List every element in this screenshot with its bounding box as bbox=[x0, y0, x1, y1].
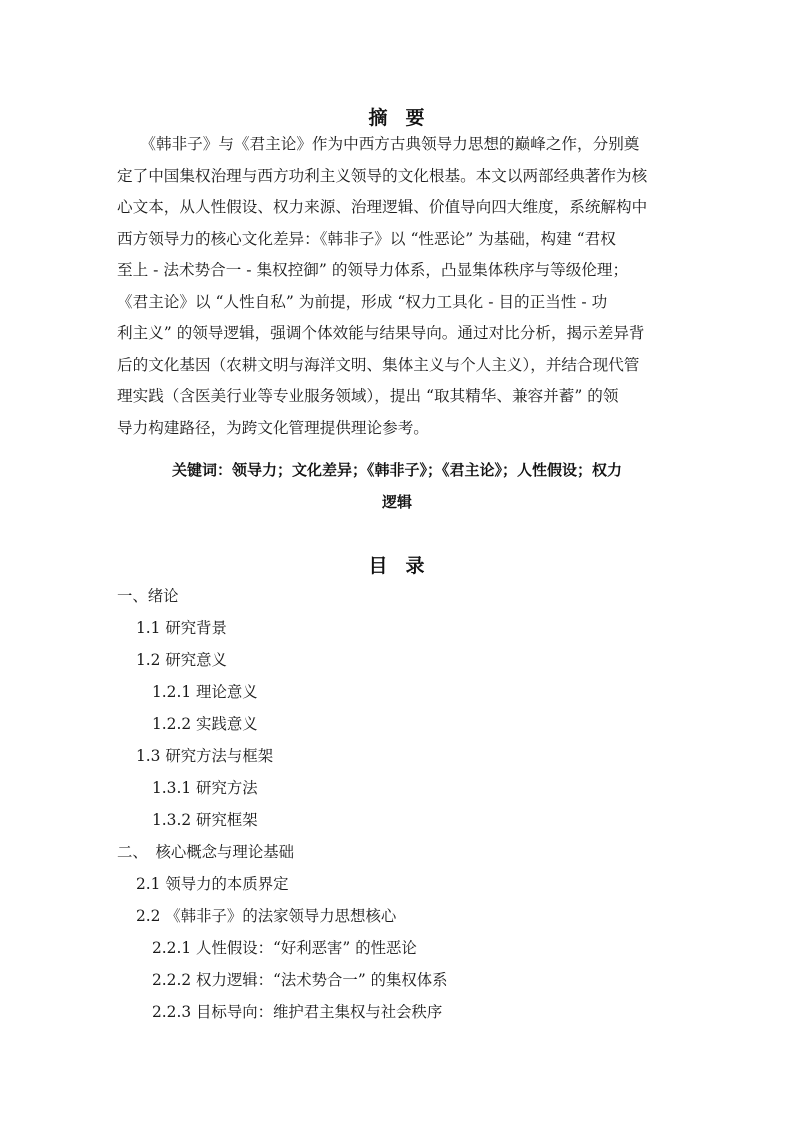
abstract-line: 心文本，从人性假设、权力来源、治理逻辑、价值导向四大维度，系统解构中 bbox=[117, 192, 677, 224]
keywords: 关键词：领导力；文化差异；《韩非子》；《君主论》；人性假设；权力 逻辑 bbox=[117, 454, 677, 518]
toc-entry[interactable]: 1.2 研究意义 bbox=[136, 650, 227, 670]
keywords-line: 关键词：领导力；文化差异；《韩非子》；《君主论》；人性假设；权力 bbox=[117, 454, 677, 486]
abstract-line: 西方领导力的核心文化差异：《韩非子》以 “性恶论” 为基础，构建 “君权 bbox=[117, 224, 677, 256]
toc-entry[interactable]: 1.3.2 研究框架 bbox=[152, 810, 258, 830]
abstract-line: 导力构建路径，为跨文化管理提供理论参考。 bbox=[117, 413, 677, 445]
document-page: 摘要 《韩非子》与《君主论》作为中西方古典领导力思想的巅峰之作，分别奠 定了中国… bbox=[0, 0, 793, 1122]
toc-entry[interactable]: 一、绪论 bbox=[117, 586, 179, 606]
toc-entry[interactable]: 1.3 研究方法与框架 bbox=[136, 746, 273, 766]
toc-entry[interactable]: 1.2.1 理论意义 bbox=[152, 682, 258, 702]
toc-entry[interactable]: 1.3.1 研究方法 bbox=[152, 778, 258, 798]
abstract-line: 理实践（含医美行业等专业服务领域），提出 “取其精华、兼容并蓄” 的领 bbox=[117, 381, 677, 413]
abstract-heading: 摘要 bbox=[0, 103, 793, 130]
toc-entry[interactable]: 2.1 领导力的本质界定 bbox=[136, 874, 289, 894]
toc-entry[interactable]: 2.2.3 目标导向：维护君主集权与社会秩序 bbox=[152, 1002, 442, 1022]
abstract-line: 至上 - 法术势合一 - 集权控御” 的领导力体系，凸显集体秩序与等级伦理； bbox=[117, 255, 677, 287]
toc-entry[interactable]: 1.1 研究背景 bbox=[136, 618, 227, 638]
abstract-line: 《君主论》以 “人性自私” 为前提，形成 “权力工具化 - 目的正当性 - 功 bbox=[117, 287, 677, 319]
toc-entry[interactable]: 2.2.1 人性假设：“好利恶害” 的性恶论 bbox=[152, 938, 417, 958]
keywords-line: 逻辑 bbox=[117, 486, 677, 518]
abstract-line: 《韩非子》与《君主论》作为中西方古典领导力思想的巅峰之作，分别奠 bbox=[117, 129, 677, 161]
abstract-body: 《韩非子》与《君主论》作为中西方古典领导力思想的巅峰之作，分别奠 定了中国集权治… bbox=[117, 129, 677, 444]
abstract-line: 后的文化基因（农耕文明与海洋文明、集体主义与个人主义），并结合现代管 bbox=[117, 350, 677, 382]
abstract-line: 定了中国集权治理与西方功利主义领导的文化根基。本文以两部经典著作为核 bbox=[117, 161, 677, 193]
toc-entry[interactable]: 二、 核心概念与理论基础 bbox=[117, 842, 294, 862]
abstract-line: 利主义” 的领导逻辑，强调个体效能与结果导向。通过对比分析，揭示差异背 bbox=[117, 318, 677, 350]
toc-heading: 目录 bbox=[0, 551, 793, 578]
toc-entry[interactable]: 2.2 《韩非子》的法家领导力思想核心 bbox=[136, 906, 396, 926]
toc-entry[interactable]: 1.2.2 实践意义 bbox=[152, 714, 258, 734]
toc-entry[interactable]: 2.2.2 权力逻辑：“法术势合一” 的集权体系 bbox=[152, 970, 448, 990]
